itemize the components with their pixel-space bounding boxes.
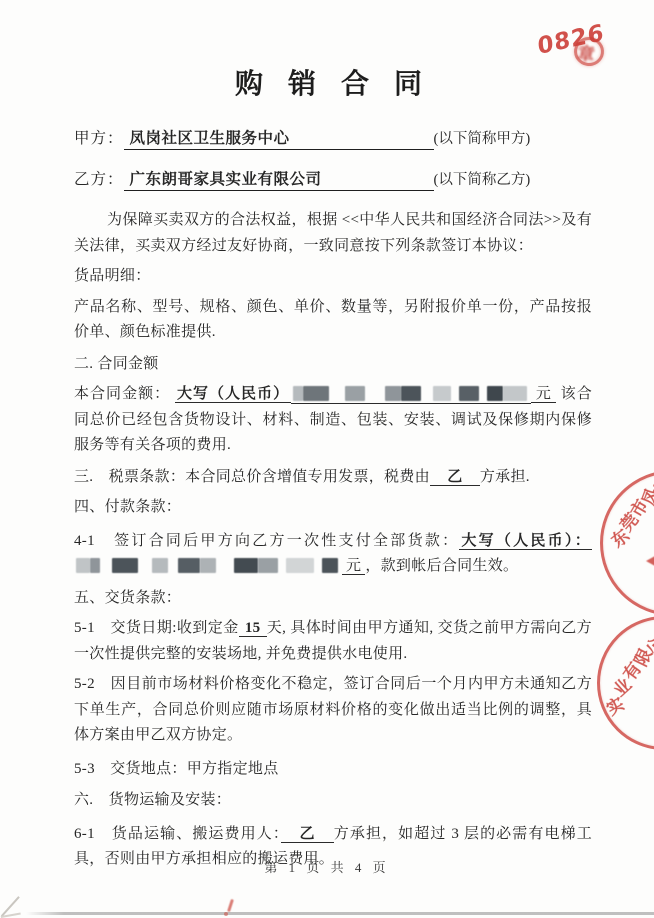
redaction-block xyxy=(258,558,278,573)
redaction-block xyxy=(459,386,479,401)
redaction-block xyxy=(385,386,401,401)
contract-line: 五、交货条款： xyxy=(74,586,592,612)
text-segment: 二. 合同金额 xyxy=(74,356,159,372)
redaction-block xyxy=(293,386,303,401)
filled-blank: 元 xyxy=(531,386,556,403)
text-segment: 货品明细： xyxy=(74,268,151,284)
filled-blank: 15 xyxy=(239,620,267,637)
redaction-block xyxy=(487,386,503,401)
text-segment: 方承担. xyxy=(480,469,530,485)
party-a-row: 甲方：凤岗社区卫生服务中心(以下简称甲方) xyxy=(74,126,592,150)
redaction-block xyxy=(322,558,338,573)
contract-line: 三. 税票条款：本合同总价含增值专用发票，税费由 乙 方承担. xyxy=(74,465,592,491)
party-a-label: 甲方： xyxy=(74,130,124,147)
text-segment: 本合同金额： xyxy=(74,386,175,402)
small-round-stamp: 章 xyxy=(572,35,606,68)
redaction-block xyxy=(503,386,527,401)
redaction-block xyxy=(286,558,314,573)
redaction-block xyxy=(112,558,138,573)
scan-bottom-edge xyxy=(26,912,654,915)
text-segment: ，款到帐后合同生效。 xyxy=(365,558,518,574)
text-segment: 5-2 因目前市场材料价格变化不稳定，签订合同后一个月内甲方未通知乙方下单生产，… xyxy=(74,676,592,743)
contract-line: 5-1 交货日期:收到定金 15 天, 具体时间由甲方通知, 交货之前甲方需向乙… xyxy=(74,616,592,667)
party-b-note: (以下简称乙方) xyxy=(434,172,531,188)
contract-line: 二. 合同金额 xyxy=(74,352,592,378)
text-segment: 5-1 交货日期:收到定金 xyxy=(74,620,239,636)
company-seal-upper: 东莞市凤岗 xyxy=(600,470,654,616)
redaction-block xyxy=(76,558,90,573)
red-ink-speck xyxy=(224,912,228,916)
contract-line: 四、付款条款： xyxy=(74,495,592,521)
redaction-block xyxy=(401,386,421,401)
filled-blank: 大写（人民币） xyxy=(175,386,291,403)
text-segment: 6-1 货品运输、搬运费用人： xyxy=(74,826,281,842)
contract-line: 产品名称、型号、规格、颜色、单价、数量等，另附报价单一份，产品按报价单、颜色标准… xyxy=(74,295,592,346)
text-segment: 4-1 签订合同后甲方向乙方一次性支付全部货款： xyxy=(74,533,459,549)
redacted-amount xyxy=(291,386,531,404)
text-segment: 为保障买卖双方的合法权益，根据 <<中华人民共和国经济合同法>>及有关法律，买卖… xyxy=(74,212,592,254)
text-segment: 六. 货物运输及安装： xyxy=(74,792,231,808)
contract-line: 5-3 交货地点：甲方指定地点 xyxy=(74,757,592,783)
redaction-block xyxy=(178,558,200,573)
page-number-footer: 第 1 页 共 4 页 xyxy=(0,857,654,876)
text-segment: 5-3 交货地点：甲方指定地点 xyxy=(74,761,279,777)
party-b-name: 广东朗哥家具实业有限公司 xyxy=(130,171,322,188)
contract-line: 六. 货物运输及安装： xyxy=(74,788,592,814)
filled-blank: 乙 xyxy=(281,826,333,843)
redaction-block xyxy=(433,386,451,401)
text-segment: 五、交货条款： xyxy=(74,590,181,606)
contract-line: 本合同金额： 大写（人民币）元 该合同总价已经包含货物设计、材料、制造、包装、安… xyxy=(74,382,592,459)
text-segment: 三. 税票条款：本合同总价含增值专用发票，税费由 xyxy=(74,469,430,485)
filled-blank: 大写（人民币）： xyxy=(459,533,592,550)
contract-title: 购 销 合 同 xyxy=(74,62,592,102)
party-a-note: (以下简称甲方) xyxy=(434,131,531,147)
text-segment: 四、付款条款： xyxy=(74,499,181,515)
contract-line: 5-2 因目前市场材料价格变化不稳定，签订合同后一个月内甲方未通知乙方下单生产，… xyxy=(74,672,592,749)
contract-body: 购 销 合 同 甲方：凤岗社区卫生服务中心(以下简称甲方) 乙方：广东朗哥家具实… xyxy=(74,62,592,878)
scanned-contract-page: 购 销 合 同 甲方：凤岗社区卫生服务中心(以下简称甲方) 乙方：广东朗哥家具实… xyxy=(0,0,654,918)
redaction-block xyxy=(345,386,365,401)
redaction-block xyxy=(234,558,258,573)
filled-blank: 元 xyxy=(342,558,365,575)
company-seal-lower: 实业有限公 xyxy=(597,616,654,750)
redaction-block xyxy=(152,558,168,573)
contract-line: 货品明细： xyxy=(74,264,592,290)
red-ink-speck xyxy=(227,899,234,912)
redaction-block xyxy=(200,558,216,573)
redacted-amount xyxy=(74,558,342,575)
contract-line: 4-1 签订合同后甲方向乙方一次性支付全部货款：大写（人民币）：元，款到帐后合同… xyxy=(74,529,592,580)
redaction-block xyxy=(90,558,100,573)
seal-star-icon xyxy=(646,556,654,566)
folded-corner xyxy=(0,894,30,918)
party-a-underline: 凤岗社区卫生服务中心 xyxy=(124,126,434,150)
text-segment: 产品名称、型号、规格、颜色、单价、数量等，另附报价单一份，产品按报价单、颜色标准… xyxy=(74,299,592,341)
party-b-underline: 广东朗哥家具实业有限公司 xyxy=(124,167,434,191)
party-b-row: 乙方：广东朗哥家具实业有限公司(以下简称乙方) xyxy=(74,167,592,191)
redaction-block xyxy=(303,386,329,401)
filled-blank: 乙 xyxy=(430,469,480,486)
small-stamp-glyph-icon: 章 xyxy=(576,39,596,66)
contract-line: 为保障买卖双方的合法权益，根据 <<中华人民共和国经济合同法>>及有关法律，买卖… xyxy=(74,208,592,259)
party-b-label: 乙方： xyxy=(74,171,124,188)
contract-clauses: 为保障买卖双方的合法权益，根据 <<中华人民共和国经济合同法>>及有关法律，买卖… xyxy=(74,208,592,873)
party-a-name: 凤岗社区卫生服务中心 xyxy=(130,130,290,147)
